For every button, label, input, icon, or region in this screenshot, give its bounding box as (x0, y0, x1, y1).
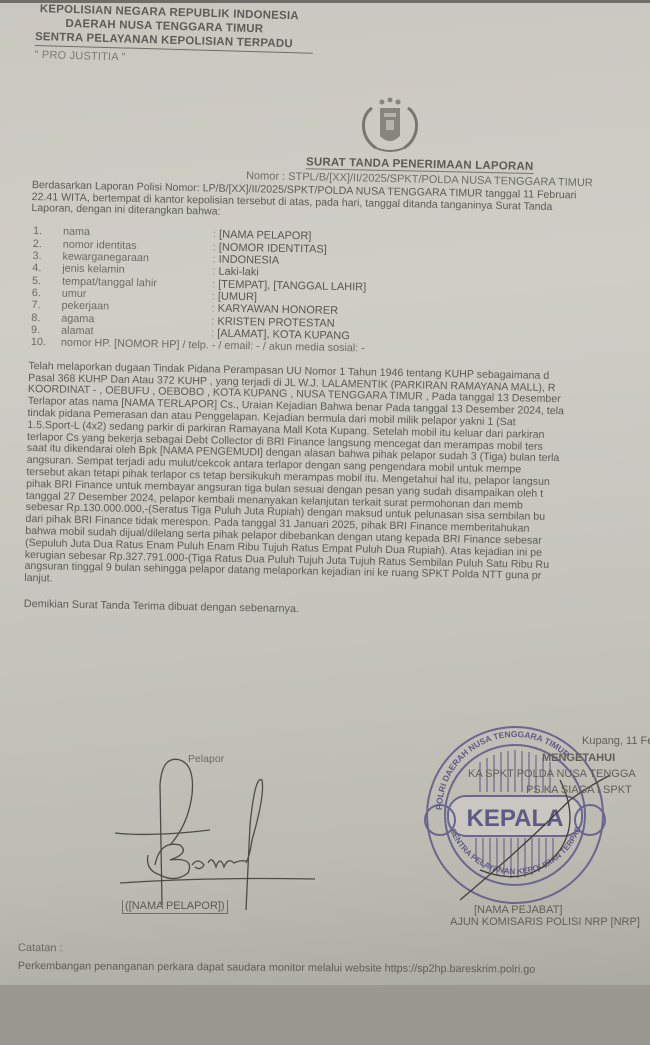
row-number: 3. (30, 251, 62, 263)
reporter-name: ([NAMA PELAPOR]) (122, 900, 228, 914)
row-number: 10. (29, 337, 61, 349)
document-page: KEPOLISIAN NEGARA REPUBLIK INDONESIA DAE… (0, 0, 650, 1000)
identity-list: 1. nama [NAMA PELAPOR] 2. nomor identita… (29, 226, 650, 361)
stamp-center-text: KEPALA (467, 805, 564, 832)
row-value: Laki-laki (212, 267, 259, 279)
row-number: 2. (31, 239, 63, 251)
official-position-2: PS.KA SIAGA I SPKT (526, 784, 632, 796)
acknowledged-label: MENGETAHUI (542, 752, 615, 764)
official-stamp-icon: KEPALA POLRI DAERAH NUSA TENGGARA TIMUR … (420, 700, 610, 920)
narrative-paragraph: Telah melaporkan dugaan Tindak Pidana Pe… (24, 361, 650, 597)
row-number: 1. (31, 226, 63, 238)
note-label: Catatan : (18, 942, 63, 954)
police-emblem-icon (352, 96, 428, 156)
note-text: Perkembangan penanganan perkara dapat sa… (18, 960, 535, 976)
official-position-1: KA SPKT POLDA NUSA TENGGA (468, 768, 636, 780)
closing-statement: Demikian Surat Tanda Terima dibuat denga… (24, 599, 650, 623)
document-body: Berdasarkan Laporan Polisi Nomor: LP/B/[… (24, 180, 650, 623)
row-number: 4. (30, 263, 62, 275)
signing-date: Kupang, 11 Februari 2025 (582, 735, 650, 747)
reporter-signature-block: Pelapor ([NAMA PELAPOR]) (100, 745, 330, 920)
row-number: 6. (30, 288, 62, 300)
letterhead: KEPOLISIAN NEGARA REPUBLIK INDONESIA DAE… (34, 2, 314, 70)
table-surface (0, 985, 650, 1045)
official-signature-block: KEPALA POLRI DAERAH NUSA TENGGARA TIMUR … (420, 700, 650, 930)
row-number: 9. (29, 325, 61, 337)
row-number: 7. (29, 300, 61, 312)
signature-mark-icon (100, 745, 330, 915)
row-number: 8. (29, 313, 61, 325)
photo-edge (0, 0, 650, 3)
official-rank: AJUN KOMISARIS POLISI NRP [NRP] (450, 916, 640, 928)
official-name: [NAMA PEJABAT] (474, 904, 562, 916)
row-number: 5. (30, 276, 62, 288)
